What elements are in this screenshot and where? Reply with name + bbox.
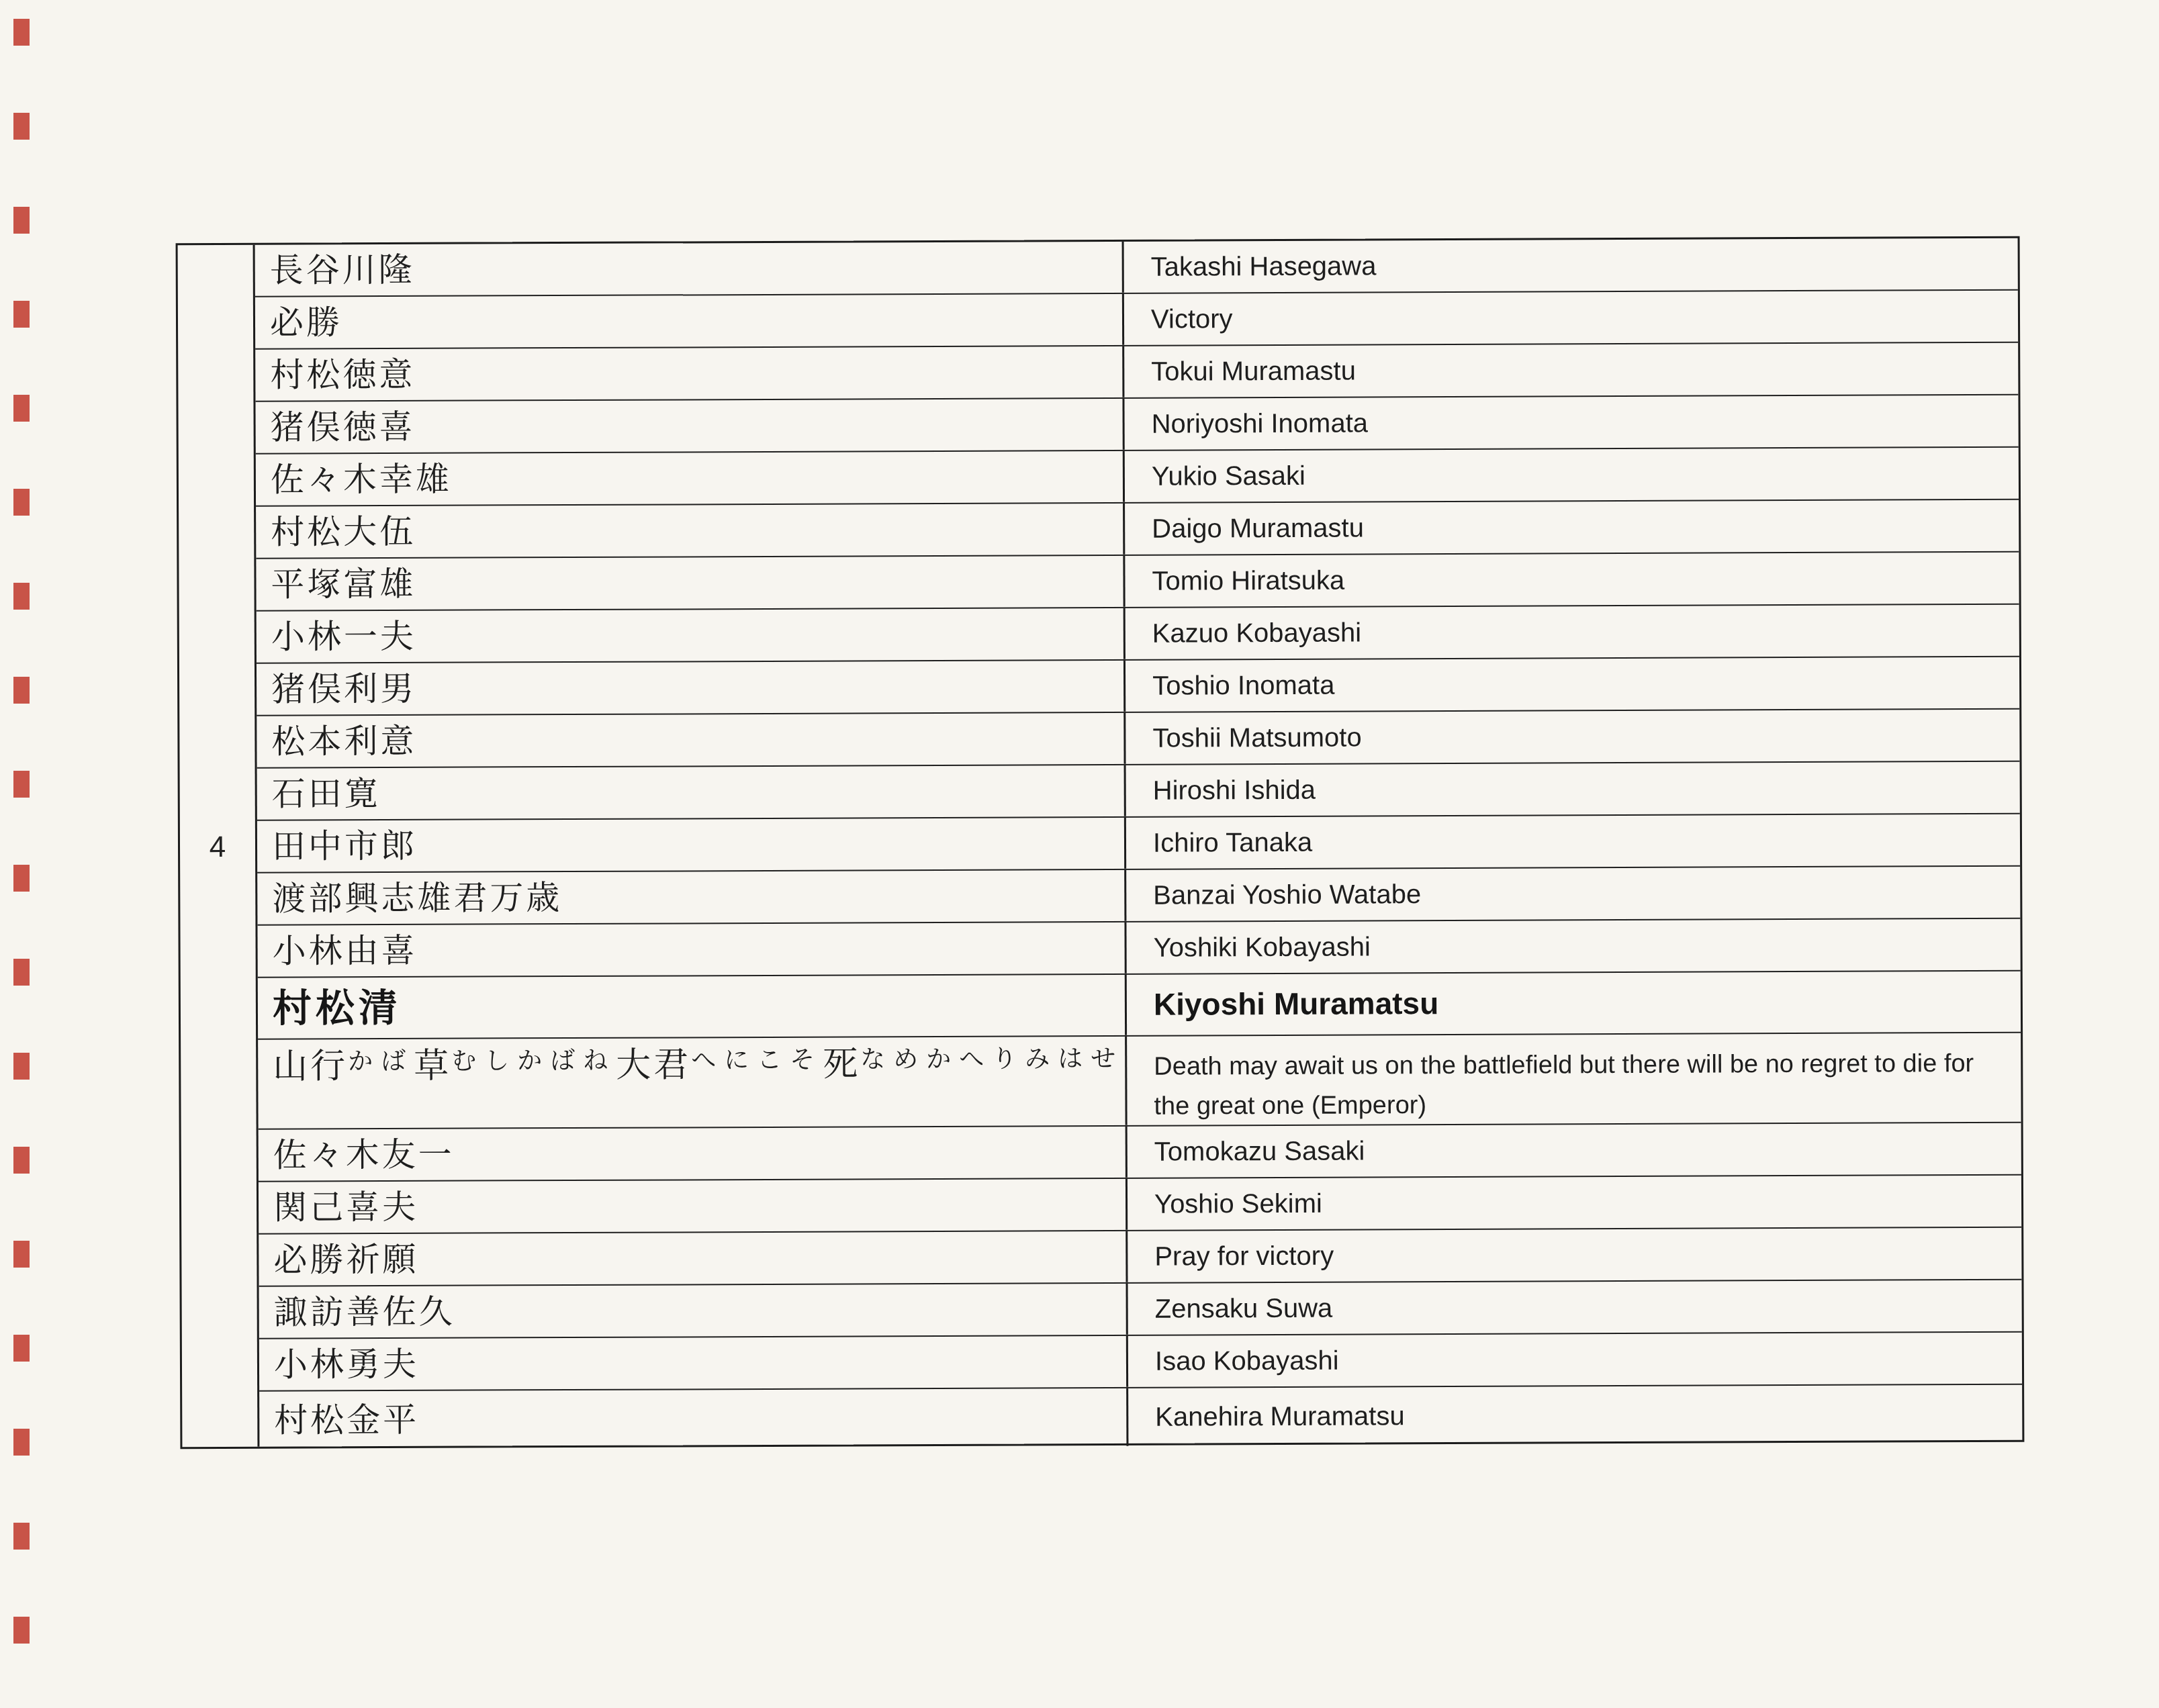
poem-segment: 死 <box>823 1047 860 1082</box>
english-text-cell: Ichiro Tanaka <box>1126 814 2020 869</box>
english-text-cell: Toshii Matsumoto <box>1126 710 2019 764</box>
scanner-edge-red-marks <box>13 0 30 1708</box>
english-text-cell: Yoshiki Kobayashi <box>1126 919 2020 974</box>
table-row: 関己喜夫 Yoshio Sekimi <box>259 1176 2021 1235</box>
english-text-cell: Victory <box>1124 291 2018 345</box>
english-text-cell: Yukio Sasaki <box>1125 448 2019 502</box>
table-row: 小林一夫 Kazuo Kobayashi <box>257 605 2019 664</box>
japanese-text-cell: 平塚富雄 <box>256 556 1125 610</box>
english-text-cell: Takashi Hasegawa <box>1124 238 2018 293</box>
english-text-cell: Tokui Muramastu <box>1124 343 2018 397</box>
japanese-text-cell: 猪俣徳喜 <box>255 399 1124 453</box>
table-row: 諏訪善佐久 Zensaku Suwa <box>259 1280 2022 1339</box>
english-text-cell: Tomio Hiratsuka <box>1125 553 2019 607</box>
names-translation-table: 4 長谷川隆 Takashi Hasegawa 必勝 Victory 村松徳意 … <box>176 236 2025 1450</box>
japanese-text-cell: 長谷川隆 <box>255 242 1124 296</box>
table-row: 佐々木幸雄 Yukio Sasaki <box>256 448 2019 507</box>
table-row-highlighted: 村松清 Kiyoshi Muramatsu <box>258 971 2021 1040</box>
japanese-text-cell: 猪俣利男 <box>257 661 1126 715</box>
table-row: 石田寛 Hiroshi Ishida <box>257 762 2020 821</box>
japanese-text-cell: 必勝祈願 <box>259 1231 1128 1286</box>
japanese-text-cell: 村松大伍 <box>256 504 1125 558</box>
poem-segment: へにこそ <box>691 1047 823 1073</box>
poem-segment: かば <box>348 1049 414 1074</box>
poem-segment: 山行 <box>273 1049 348 1084</box>
japanese-text-cell: 渡部興志雄君万歳 <box>257 870 1126 924</box>
english-poem-cell: Death may await us on the battlefield bu… <box>1127 1033 2020 1125</box>
poem-segment: なめかへりみはせず <box>860 1046 1127 1072</box>
poem-segment: 大君 <box>616 1047 691 1082</box>
poem-segment: むしかばね <box>451 1048 616 1074</box>
table-row: 猪俣徳喜 Noriyoshi Inomata <box>255 395 2018 455</box>
table-row: 長谷川隆 Takashi Hasegawa <box>255 238 2018 297</box>
table-row: 平塚富雄 Tomio Hiratsuka <box>256 553 2019 612</box>
japanese-text-cell: 田中市郎 <box>257 818 1126 872</box>
english-text-cell: Kanehira Muramatsu <box>1128 1385 2022 1446</box>
table-row: 佐々木友一 Tomokazu Sasaki <box>259 1123 2021 1182</box>
japanese-text-cell: 石田寛 <box>257 765 1126 820</box>
table-row: 必勝祈願 Pray for victory <box>259 1228 2021 1287</box>
japanese-text-cell: 小林一夫 <box>257 608 1126 663</box>
japanese-text-cell: 諏訪善佐久 <box>259 1284 1128 1338</box>
japanese-text-cell: 村松清 <box>258 975 1127 1039</box>
japanese-text-cell: 村松徳意 <box>255 346 1124 401</box>
group-number-column: 4 <box>178 245 260 1447</box>
english-text-cell: Banzai Yoshio Watabe <box>1126 867 2020 921</box>
english-text-cell: Zensaku Suwa <box>1128 1280 2022 1335</box>
english-text-cell: Kazuo Kobayashi <box>1126 605 2019 659</box>
english-text-cell: Kiyoshi Muramatsu <box>1127 971 2021 1035</box>
table-rows: 長谷川隆 Takashi Hasegawa 必勝 Victory 村松徳意 To… <box>255 238 2023 1447</box>
scanned-document-page: { "page": { "background_color": "#f7f5ef… <box>0 0 2159 1708</box>
japanese-text-cell: 関己喜夫 <box>259 1179 1128 1233</box>
japanese-poem-cell: 山行かば草むしかばね大君へにこそ死なめかへりみはせず <box>258 1037 1127 1129</box>
table-row: 村松大伍 Daigo Muramastu <box>256 500 2019 559</box>
table-row: 渡部興志雄君万歳 Banzai Yoshio Watabe <box>257 867 2020 926</box>
japanese-text-cell: 必勝 <box>255 294 1124 348</box>
japanese-text-cell: 村松金平 <box>259 1388 1128 1450</box>
table-row: 村松徳意 Tokui Muramastu <box>255 343 2018 402</box>
table-row: 田中市郎 Ichiro Tanaka <box>257 814 2020 873</box>
japanese-text-cell: 小林由喜 <box>257 922 1126 977</box>
table-row-poem: 山行かば草むしかばね大君へにこそ死なめかへりみはせず Death may awa… <box>258 1033 2021 1130</box>
english-text-cell: Hiroshi Ishida <box>1126 762 2020 816</box>
english-text-cell: Pray for victory <box>1128 1228 2021 1282</box>
english-text-cell: Tomokazu Sasaki <box>1128 1123 2021 1178</box>
english-text-cell: Noriyoshi Inomata <box>1124 395 2018 450</box>
english-text-cell: Daigo Muramastu <box>1125 500 2019 555</box>
group-number: 4 <box>180 831 255 864</box>
poem-segment: 草 <box>414 1049 451 1084</box>
japanese-text-cell: 小林勇夫 <box>259 1336 1128 1390</box>
english-text-cell: Yoshio Sekimi <box>1128 1176 2021 1230</box>
table-row: 村松金平 Kanehira Muramatsu <box>259 1385 2022 1450</box>
table-row: 松本利意 Toshii Matsumoto <box>257 710 2019 769</box>
english-text-cell: Isao Kobayashi <box>1128 1333 2022 1387</box>
table-row: 小林勇夫 Isao Kobayashi <box>259 1333 2022 1392</box>
table-row: 必勝 Victory <box>255 291 2018 350</box>
table-row: 小林由喜 Yoshiki Kobayashi <box>257 919 2020 978</box>
japanese-text-cell: 松本利意 <box>257 713 1126 767</box>
japanese-text-cell: 佐々木友一 <box>259 1127 1128 1181</box>
japanese-text-cell: 佐々木幸雄 <box>256 451 1125 506</box>
table-row: 猪俣利男 Toshio Inomata <box>257 657 2019 716</box>
english-text-cell: Toshio Inomata <box>1126 657 2019 712</box>
